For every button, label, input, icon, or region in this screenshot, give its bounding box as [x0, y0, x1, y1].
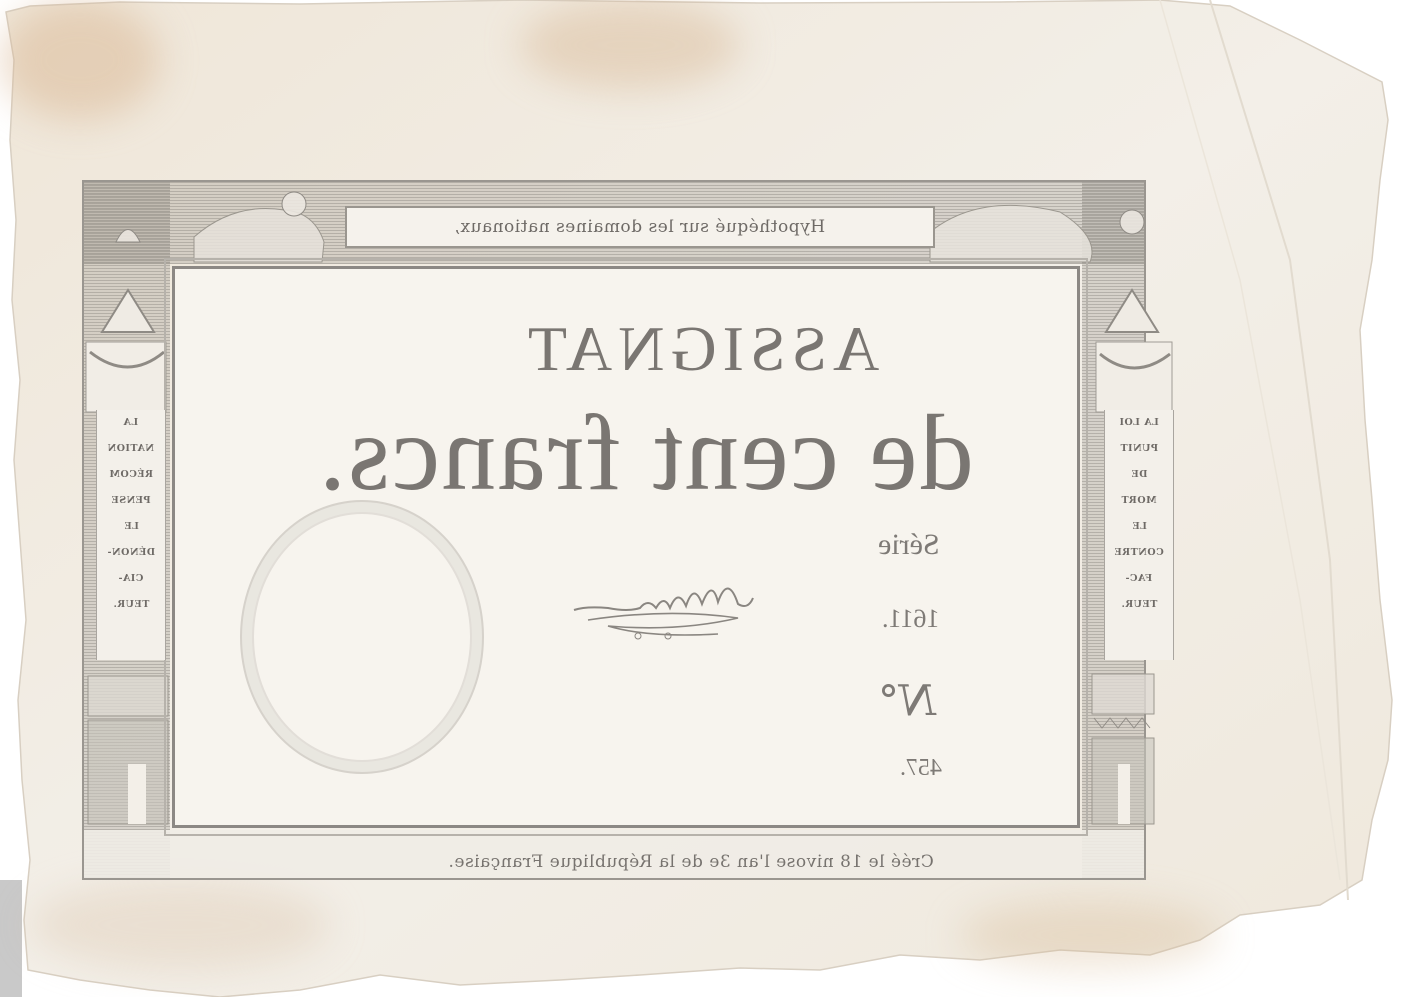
- left-panel-line: DÉNON-: [107, 540, 155, 566]
- serie-label-text: Série: [878, 528, 940, 562]
- signature: [568, 568, 768, 648]
- bottom-legend: Créé le 18 nivose l'an 3e de la Républiq…: [0, 852, 1402, 872]
- right-panel-line: FAC-: [1125, 566, 1152, 592]
- serie-number: 1611.: [882, 604, 940, 634]
- serie-label: Série: [878, 528, 940, 562]
- number-label-text: N°: [878, 676, 936, 725]
- right-panel-line: PUNIT: [1120, 436, 1158, 462]
- left-panel-line: RÉCOM: [109, 462, 153, 488]
- serie-number-text: 1611.: [882, 604, 940, 634]
- left-panel-line: NATION: [107, 436, 154, 462]
- right-panel-line: LA LOI: [1119, 410, 1159, 436]
- number-value-text: 457.: [900, 755, 942, 782]
- left-panel-line: TEUR.: [113, 592, 149, 618]
- dry-seal: [240, 500, 484, 774]
- right-panel-line: LE: [1132, 514, 1147, 540]
- title-line-2: de cent francs.: [317, 400, 974, 508]
- left-panel-line: LE: [124, 514, 139, 540]
- right-panel-line: TEUR.: [1121, 592, 1157, 618]
- number-value: 457.: [900, 755, 942, 782]
- right-panel-line: DE: [1131, 462, 1147, 488]
- left-panel-line: LA: [123, 410, 138, 436]
- right-panel-line: MORT: [1121, 488, 1157, 514]
- left-panel-line: CIA-: [118, 566, 143, 592]
- bottom-legend-text: Créé le 18 nivose l'an 3e de la Républiq…: [448, 852, 934, 872]
- title-line-1: ASSIGNAT: [522, 312, 879, 386]
- number-label: N°: [878, 676, 936, 725]
- bottom-left-vignette: [84, 668, 174, 828]
- left-panel-legend: LA NATION RÉCOM PENSE LE DÉNON- CIA- TEU…: [96, 410, 166, 660]
- right-panel-line: CONTRE: [1114, 540, 1164, 566]
- title-denomination: de cent francs.: [195, 400, 1095, 508]
- right-panel-legend: LA LOI PUNIT DE MORT LE CONTRE FAC- TEUR…: [1104, 410, 1174, 660]
- top-motto: Hypothéqué sur les domaines nationaux,: [454, 217, 825, 237]
- left-panel-line: PENSE: [111, 488, 151, 514]
- bottom-right-vignette: [1090, 668, 1160, 828]
- title-assignat: ASSIGNAT: [0, 312, 1402, 386]
- top-motto-cartouche: Hypothéqué sur les domaines nationaux,: [345, 206, 935, 248]
